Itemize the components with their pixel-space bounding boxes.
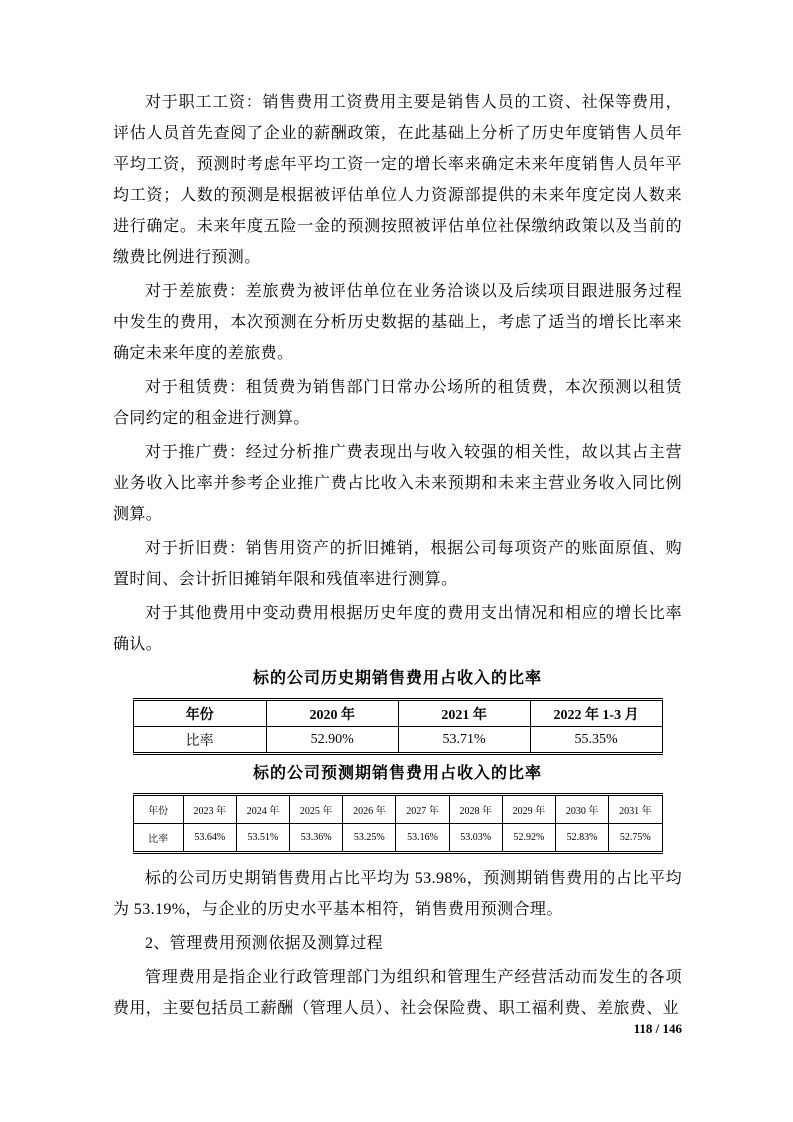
table-header-cell: 2026 年 [343, 795, 396, 824]
table-cell: 比率 [133, 824, 183, 853]
table-cell: 53.25% [343, 824, 396, 853]
table-row: 比率 52.90% 53.71% 55.35% [133, 727, 662, 754]
document-page: 对于职工工资：销售费用工资费用主要是销售人员的工资、社保等费用，评估人员首先查阅… [0, 0, 793, 1122]
paragraph-staff-wages: 对于职工工资：销售费用工资费用主要是销售人员的工资、社保等费用，评估人员首先查阅… [113, 87, 682, 273]
forecast-ratio-table-title: 标的公司预测期销售费用占收入的比率 [113, 762, 682, 786]
paragraph-rental-expense: 对于租赁费：租赁费为销售部门日常办公场所的租赁费，本次预测以租赁合同约定的租金进… [113, 372, 682, 434]
section-heading-admin-expense: 2、管理费用预测依据及测算过程 [113, 928, 682, 959]
page-content: 对于职工工资：销售费用工资费用主要是销售人员的工资、社保等费用，评估人员首先查阅… [113, 87, 682, 1027]
table-header-row: 年份 2023 年 2024 年 2025 年 2026 年 2027 年 20… [133, 795, 662, 824]
historical-ratio-table: 年份 2020 年 2021 年 2022 年 1-3 月 比率 52.90% … [133, 698, 663, 755]
table-cell: 52.92% [502, 824, 555, 853]
table-header-cell: 年份 [133, 795, 183, 824]
table-header-cell: 年份 [133, 700, 266, 727]
forecast-ratio-table: 年份 2023 年 2024 年 2025 年 2026 年 2027 年 20… [133, 793, 663, 854]
table-cell: 53.16% [396, 824, 449, 853]
table-header-cell: 2021 年 [398, 700, 530, 727]
table-header-cell: 2031 年 [609, 795, 662, 824]
table-header-cell: 2020 年 [266, 700, 398, 727]
table-cell: 比率 [133, 727, 266, 754]
paragraph-ratio-summary: 标的公司历史期销售费用占比平均为 53.98%，预测期销售费用的占比平均为 53… [113, 863, 682, 925]
table-cell: 53.03% [449, 824, 502, 853]
table-cell: 55.35% [530, 727, 662, 754]
page-number: 118 / 146 [634, 1021, 682, 1037]
table-cell: 53.36% [290, 824, 343, 853]
table-cell: 53.51% [236, 824, 289, 853]
table-row: 比率 53.64% 53.51% 53.36% 53.25% 53.16% 53… [133, 824, 662, 853]
table-cell: 52.90% [266, 727, 398, 754]
table-header-cell: 2028 年 [449, 795, 502, 824]
paragraph-depreciation-expense: 对于折旧费：销售用资产的折旧摊销，根据公司每项资产的账面原值、购置时间、会计折旧… [113, 533, 682, 595]
paragraph-other-expense: 对于其他费用中变动费用根据历史年度的费用支出情况和相应的增长比率确认。 [113, 598, 682, 660]
table-cell: 52.83% [556, 824, 609, 853]
table-header-cell: 2024 年 [236, 795, 289, 824]
table-header-cell: 2029 年 [502, 795, 555, 824]
table-header-cell: 2030 年 [556, 795, 609, 824]
table-header-cell: 2027 年 [396, 795, 449, 824]
paragraph-travel-expense: 对于差旅费：差旅费为被评估单位在业务洽谈以及后续项目跟进服务过程中发生的费用，本… [113, 276, 682, 369]
table-header-row: 年份 2020 年 2021 年 2022 年 1-3 月 [133, 700, 662, 727]
table-cell: 53.64% [183, 824, 236, 853]
paragraph-promotion-expense: 对于推广费：经过分析推广费表现出与收入较强的相关性，故以其占主营业务收入比率并参… [113, 437, 682, 530]
table-header-cell: 2023 年 [183, 795, 236, 824]
table-header-cell: 2022 年 1-3 月 [530, 700, 662, 727]
table-cell: 52.75% [609, 824, 662, 853]
table-cell: 53.71% [398, 727, 530, 754]
paragraph-admin-expense: 管理费用是指企业行政管理部门为组织和管理生产经营活动而发生的各项费用，主要包括员… [113, 962, 682, 1024]
historical-ratio-table-title: 标的公司历史期销售费用占收入的比率 [113, 667, 682, 691]
table-header-cell: 2025 年 [290, 795, 343, 824]
